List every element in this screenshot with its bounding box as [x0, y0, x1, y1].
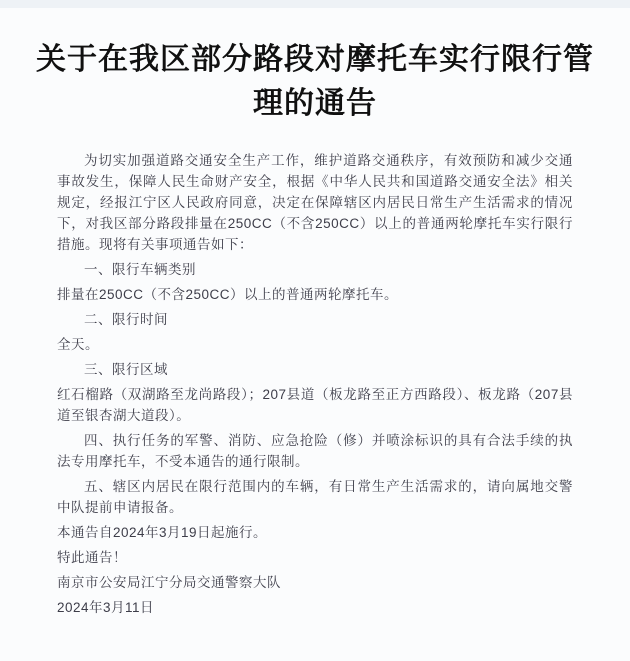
- notice-heading-restriction-area: 三、限行区域: [57, 359, 573, 380]
- notice-paragraph-closing: 特此通告！: [57, 547, 573, 568]
- notice-paragraph-effective-date: 本通告自2024年3月19日起施行。: [57, 522, 573, 543]
- notice-paragraph-intro: 为切实加强道路交通安全生产工作，维护道路交通秩序，有效预防和减少交通事故发生，保…: [57, 150, 573, 255]
- notice-page: { "notice": { "title": "关于在我区部分路段对摩托车实行限…: [0, 0, 630, 661]
- notice-paragraph-resident-filing: 五、辖区内居民在限行范围内的车辆，有日常生产生活需求的，请向属地交警中队提前申请…: [57, 476, 573, 518]
- notice-paragraph-exemptions: 四、执行任务的军警、消防、应急抢险（修）并喷涂标识的具有合法手续的执法专用摩托车…: [57, 430, 573, 472]
- notice-paragraph-restriction-time: 全天。: [57, 334, 573, 355]
- notice-paragraph-vehicle-category: 排量在250CC（不含250CC）以上的普通两轮摩托车。: [57, 284, 573, 305]
- notice-paragraph-restriction-area: 红石榴路（双湖路至龙尚路段）；207县道（板龙路至正方西路段）、板龙路（207县…: [57, 384, 573, 426]
- notice-heading-restriction-time: 二、限行时间: [57, 309, 573, 330]
- notice-title: 关于在我区部分路段对摩托车实行限行管 理的通告: [25, 38, 605, 126]
- notice-body: 为切实加强道路交通安全生产工作，维护道路交通秩序，有效预防和减少交通事故发生，保…: [25, 150, 605, 618]
- notice-title-line2: 理的通告: [25, 82, 605, 126]
- notice-signature-agency: 南京市公安局江宁分局交通警察大队: [57, 572, 573, 593]
- notice-document: 关于在我区部分路段对摩托车实行限行管 理的通告 为切实加强道路交通安全生产工作，…: [0, 8, 630, 618]
- notice-heading-vehicle-category: 一、限行车辆类别: [57, 259, 573, 280]
- notice-title-line1: 关于在我区部分路段对摩托车实行限行管: [25, 38, 605, 82]
- page-top-band: [0, 0, 630, 8]
- notice-signature-date: 2024年3月11日: [57, 597, 573, 618]
